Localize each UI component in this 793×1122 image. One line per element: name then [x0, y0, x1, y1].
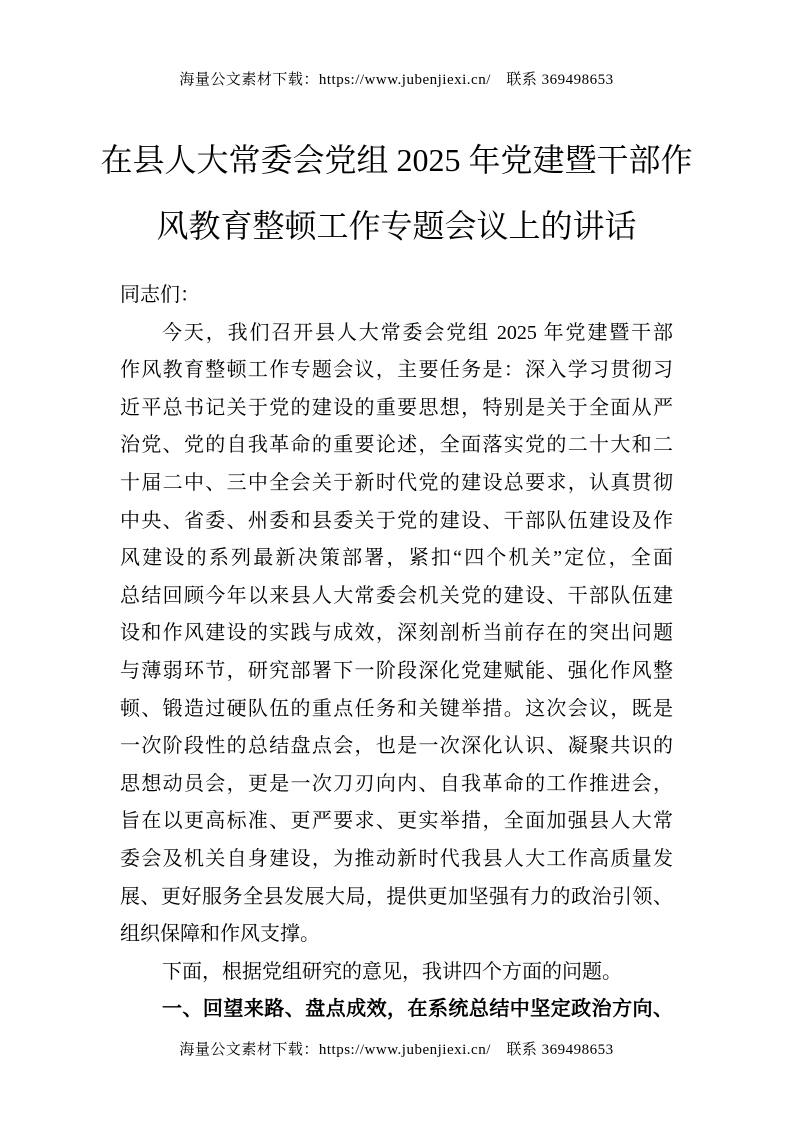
page-header-watermark: 海量公文素材下载：https://www.jubenjiexi.cn/ 联系 3…: [0, 68, 793, 89]
body-line: 总结回顾今年以来县人大常委会机关党的建设、干部队伍建: [120, 578, 673, 616]
body-line: 风建设的系列最新决策部署，紧扣“四个机关”定位，全面: [120, 540, 673, 578]
body-line: 与薄弱环节，研究部署下一阶段深化党建赋能、强化作风整: [120, 653, 673, 691]
title-line-2: 风教育整顿工作专题会议上的讲话: [96, 193, 697, 259]
document-title: 在县人大常委会党组 2025 年党建暨干部作 风教育整顿工作专题会议上的讲话: [96, 127, 697, 259]
body-line: 作风教育整顿工作专题会议，主要任务是：深入学习贯彻习: [120, 352, 673, 390]
document-page: 海量公文素材下载：https://www.jubenjiexi.cn/ 联系 3…: [0, 0, 793, 1122]
body-heading-line: 一、回望来路、盘点成效，在系统总结中坚定政治方向、: [120, 991, 673, 1029]
body-line: 思想动员会，更是一次刀刃向内、自我革命的工作推进会，: [120, 766, 673, 804]
body-line: 展、更好服务全县发展大局，提供更加坚强有力的政治引领、: [120, 879, 673, 917]
body-line: 一次阶段性的总结盘点会，也是一次深化认识、凝聚共识的: [120, 728, 673, 766]
body-line: 治党、党的自我革命的重要论述，全面落实党的二十大和二: [120, 427, 673, 465]
body-line: 十届二中、三中全会关于新时代党的建设总要求，认真贯彻: [120, 465, 673, 503]
body-line: 组织保障和作风支撑。: [120, 916, 673, 954]
title-line-1: 在县人大常委会党组 2025 年党建暨干部作: [96, 127, 697, 193]
body-line: 同志们：: [120, 277, 673, 315]
page-footer-watermark: 海量公文素材下载：https://www.jubenjiexi.cn/ 联系 3…: [0, 1038, 793, 1059]
body-line: 今天，我们召开县人大常委会党组 2025 年党建暨干部: [120, 315, 673, 353]
body-line: 委会及机关自身建设，为推动新时代我县人大工作高质量发: [120, 841, 673, 879]
body-line: 设和作风建设的实践与成效，深刻剖析当前存在的突出问题: [120, 615, 673, 653]
document-body: 同志们：今天，我们召开县人大常委会党组 2025 年党建暨干部作风教育整顿工作专…: [120, 277, 673, 1029]
body-line: 顿、锻造过硬队伍的重点任务和关键举措。这次会议，既是: [120, 691, 673, 729]
body-line: 近平总书记关于党的建设的重要思想，特别是关于全面从严: [120, 390, 673, 428]
body-line: 下面，根据党组研究的意见，我讲四个方面的问题。: [120, 954, 673, 992]
body-line: 中央、省委、州委和县委关于党的建设、干部队伍建设及作: [120, 503, 673, 541]
body-line: 旨在以更高标准、更严要求、更实举措，全面加强县人大常: [120, 803, 673, 841]
